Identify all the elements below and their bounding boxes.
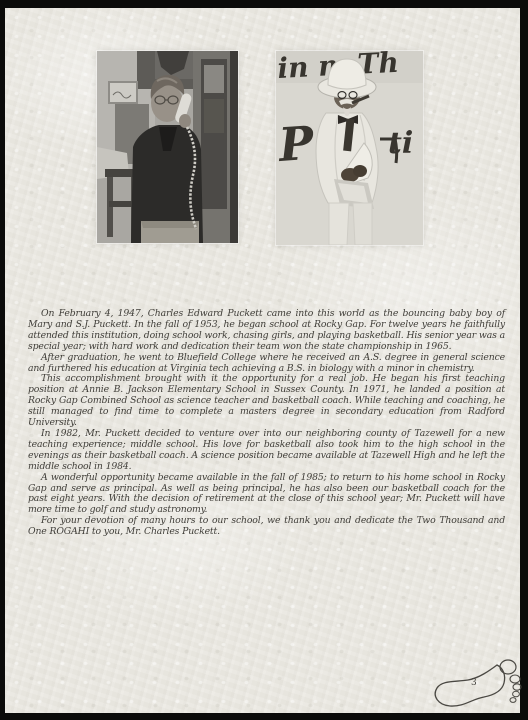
trousers xyxy=(329,203,349,245)
yearbook-page: in m Th P ti On February 4, xyxy=(5,8,520,713)
photo-colonel-illustration: in m Th P ti xyxy=(276,51,423,245)
toe xyxy=(510,675,520,683)
page-number: 3 xyxy=(471,678,477,688)
footprint-doodle: 3 xyxy=(429,655,523,711)
toe xyxy=(513,691,520,697)
big-toe xyxy=(500,660,516,674)
dedication-text: On February 4, 1947, Charles Edward Puck… xyxy=(28,309,505,538)
background-script-mid-right: ti xyxy=(388,126,413,161)
photo-man-on-phone xyxy=(97,51,238,243)
paragraph: For your devotion of many hours to our s… xyxy=(28,516,505,538)
photo-man-on-phone-illustration xyxy=(97,51,238,243)
photo-colonel-costume: in m Th P ti xyxy=(276,51,423,245)
toe xyxy=(510,698,516,703)
hand xyxy=(179,114,191,128)
foot-sole-outline xyxy=(435,665,504,706)
paragraph: This accomplishment brought with it the … xyxy=(28,374,505,429)
background-script-mid-left: P xyxy=(276,116,317,173)
paragraph: A wonderful opportunity became available… xyxy=(28,473,505,517)
paragraph: On February 4, 1947, Charles Edward Puck… xyxy=(28,309,505,353)
paragraph: In 1982, Mr. Puckett decided to venture … xyxy=(28,429,505,473)
toe xyxy=(513,684,521,690)
paragraph: After graduation, he went to Bluefield C… xyxy=(28,353,505,375)
